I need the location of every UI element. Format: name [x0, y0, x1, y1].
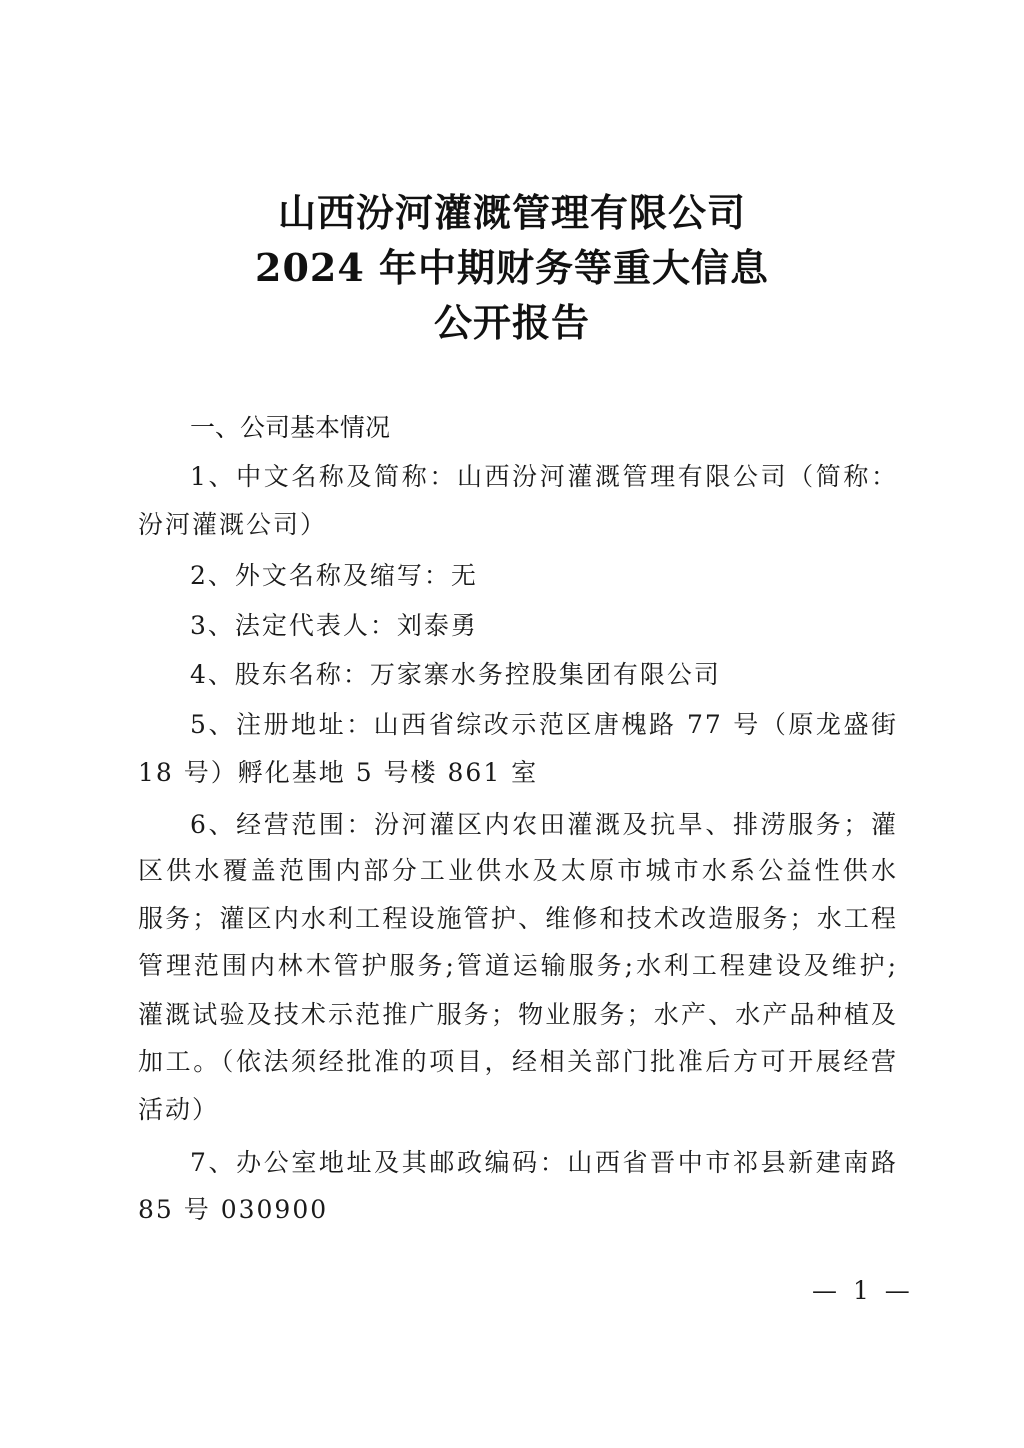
item-6-line-6: 加工。（依法须经批准的项目，经相关部门批准后方可开展经营	[138, 1045, 898, 1079]
item-7-line-2: 85 号 030900	[138, 1193, 898, 1227]
section-heading: 一、公司基本情况	[190, 411, 390, 445]
item-6-line-5: 灌溉试验及技术示范推广服务；物业服务；水产、水产品种植及	[138, 998, 898, 1032]
item-1-line-1: 1、中文名称及简称：山西汾河灌溉管理有限公司（简称：	[190, 460, 898, 494]
item-2-line-1: 2、外文名称及缩写：无	[190, 559, 898, 593]
item-5-line-1: 5、注册地址：山西省综改示范区唐槐路 77 号（原龙盛街	[190, 708, 898, 742]
item-4-line-1: 4、股东名称：万家寨水务控股集团有限公司	[190, 658, 898, 692]
item-7-line-1: 7、办公室地址及其邮政编码：山西省晋中市祁县新建南路	[190, 1146, 898, 1180]
item-6-line-3: 服务；灌区内水利工程设施管护、维修和技术改造服务；水工程	[138, 902, 898, 936]
item-6-line-7: 活动）	[138, 1093, 898, 1127]
item-6-line-4: 管理范围内林木管护服务;管道运输服务;水利工程建设及维护;	[138, 949, 898, 983]
item-3-line-1: 3、法定代表人：刘泰勇	[190, 609, 898, 643]
item-1-line-2: 汾河灌溉公司）	[138, 508, 898, 542]
document-page: 山西汾河灌溉管理有限公司 2024 年中期财务等重大信息 公开报告 一、公司基本…	[0, 0, 1024, 1448]
title-line-company: 山西汾河灌溉管理有限公司	[0, 190, 1024, 236]
item-5-line-2: 18 号）孵化基地 5 号楼 861 室	[138, 756, 898, 790]
title-line-report-period: 2024 年中期财务等重大信息	[0, 245, 1024, 291]
item-6-line-2: 区供水覆盖范围内部分工业供水及太原市城市水系公益性供水	[138, 854, 898, 888]
page-number: — 1 —	[812, 1274, 914, 1308]
title-line-report-type: 公开报告	[0, 300, 1024, 346]
item-6-line-1: 6、经营范围：汾河灌区内农田灌溉及抗旱、排涝服务；灌	[190, 808, 898, 842]
